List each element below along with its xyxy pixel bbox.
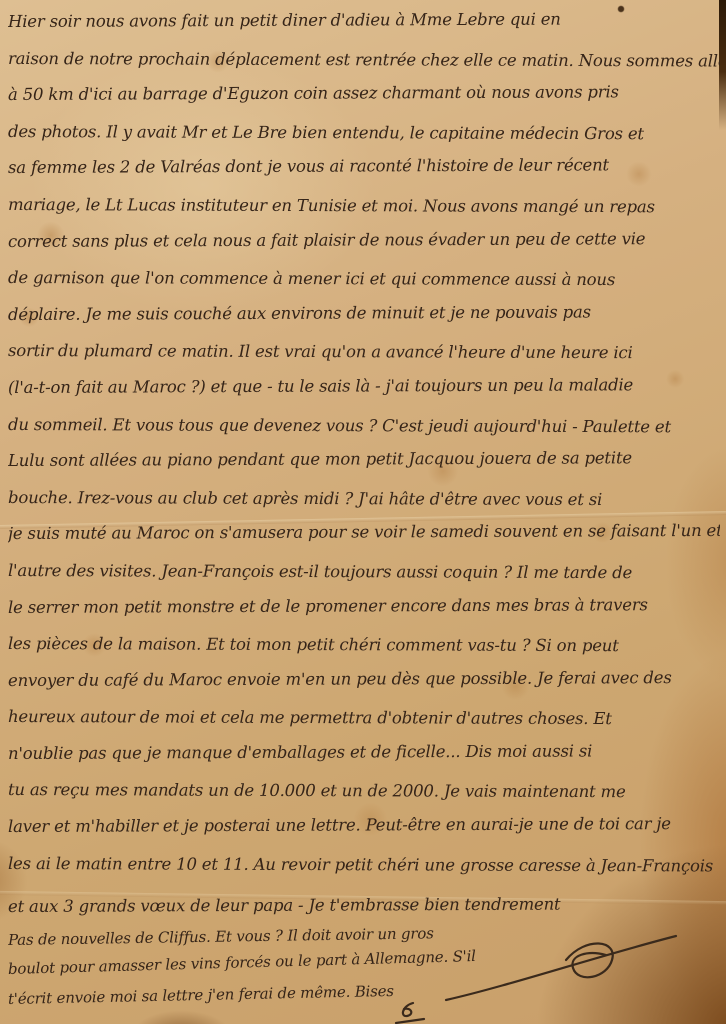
letter-line: les ai le matin entre 10 et 11. Au revoi… (8, 846, 720, 885)
letter-line: n'oublie pas que je manque d'emballages … (8, 733, 720, 773)
letter-line: les pièces de la maison. Et toi mon peti… (8, 626, 720, 665)
letter-line: envoyer du café du Maroc envoie m'en un … (8, 660, 720, 700)
letter-body: Hier soir nous avons fait un petit diner… (8, 4, 720, 1014)
letter-line: mariage, le Lt Lucas instituteur en Tuni… (8, 187, 720, 226)
letter-line: à 50 km d'ici au barrage d'Eguzon coin a… (8, 74, 720, 114)
letter-line: le serrer mon petit monstre et de le pro… (8, 586, 720, 626)
letter-line: déplaire. Je me suis couché aux environs… (8, 294, 720, 334)
letter-line: sa femme les 2 de Valréas dont je vous a… (8, 147, 720, 187)
letter-line: correct sans plus et cela nous a fait pl… (8, 220, 720, 260)
letter-line: (l'a-t-on fait au Maroc ?) et que - tu l… (8, 367, 720, 407)
letter-line: Lulu sont allées au piano pendant que mo… (8, 440, 720, 480)
letter-line: laver et m'habiller et je posterai une l… (8, 806, 720, 846)
signature-initial (393, 1000, 427, 1024)
letter-page: Hier soir nous avons fait un petit diner… (0, 0, 726, 1024)
letter-line: je suis muté au Maroc on s'amusera pour … (8, 513, 720, 553)
letter-line: Hier soir nous avons fait un petit diner… (8, 1, 720, 41)
letter-line: l'autre des visites. Jean-François est-i… (8, 553, 720, 592)
scan-edge-artifact (719, 0, 726, 130)
signature (438, 928, 684, 1006)
